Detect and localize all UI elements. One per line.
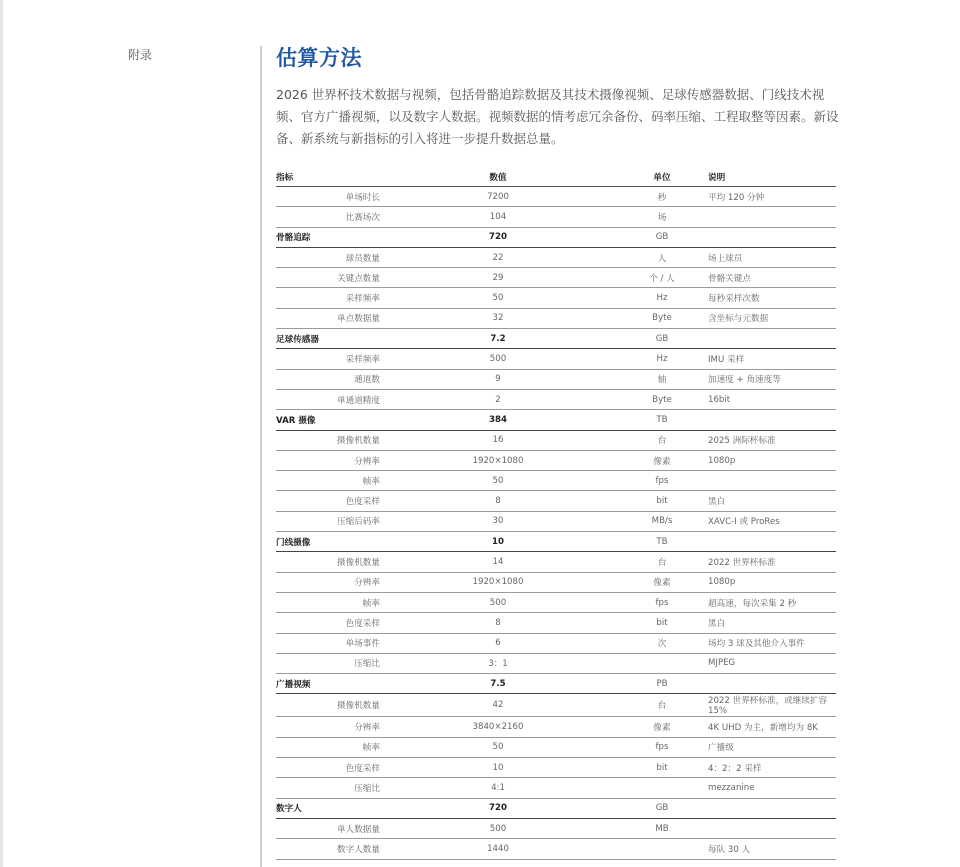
value-cell: 7200 xyxy=(380,187,616,207)
metric-cell: 骨骼追踪 xyxy=(276,227,380,247)
unit-cell: GB xyxy=(616,329,708,349)
description-cell: mezzanine xyxy=(708,778,836,798)
value-cell: 384 xyxy=(380,410,616,430)
value-cell: 30 xyxy=(380,511,616,531)
unit-cell: Hz xyxy=(616,349,708,369)
description-cell: 2025 洲际杯标准 xyxy=(708,430,836,450)
description-cell xyxy=(708,410,836,430)
metric-cell: 压缩后码率 xyxy=(276,511,380,531)
value-cell: 50 xyxy=(380,737,616,757)
value-cell: 1920×1080 xyxy=(380,450,616,470)
unit-cell: 台 xyxy=(616,430,708,450)
metric-cell: 分辨率 xyxy=(276,572,380,592)
metric-cell: 单场事件 xyxy=(276,633,380,653)
metric-cell: 色度采样 xyxy=(276,613,380,633)
unit-cell xyxy=(616,778,708,798)
unit-cell: GB xyxy=(616,227,708,247)
column-header-value: 数值 xyxy=(380,167,616,187)
unit-cell xyxy=(616,839,708,859)
metric-cell: 单点数据量 xyxy=(276,308,380,328)
value-cell: 3840×2160 xyxy=(380,717,616,737)
table-group-row: 足球传感器7.2GB xyxy=(276,329,836,349)
unit-cell: TB xyxy=(616,410,708,430)
table-group-row: 数字人720GB xyxy=(276,798,836,818)
section-label: 附录 xyxy=(128,46,152,63)
value-cell: 29 xyxy=(380,268,616,288)
table-row: 帧率50fps xyxy=(276,471,836,491)
table-row: 色度采样10bit4：2：2 采样 xyxy=(276,758,836,778)
description-cell: 16bit xyxy=(708,389,836,409)
unit-cell: Hz xyxy=(616,288,708,308)
table-row: 分辨率1920×1080像素1080p xyxy=(276,572,836,592)
unit-cell: 个 / 人 xyxy=(616,268,708,288)
unit-cell: TB xyxy=(616,532,708,552)
metric-cell: VAR 摄像 xyxy=(276,410,380,430)
metric-cell: 摄像机数量 xyxy=(276,430,380,450)
metric-cell: 广播视频 xyxy=(276,674,380,694)
unit-cell: Byte xyxy=(616,308,708,328)
value-cell: 8 xyxy=(380,491,616,511)
unit-cell: 次 xyxy=(616,633,708,653)
description-cell: 黑白 xyxy=(708,491,836,511)
description-cell: 平均 120 分钟 xyxy=(708,187,836,207)
value-cell: 7.2 xyxy=(380,329,616,349)
metric-cell: 摄像机数量 xyxy=(276,694,380,717)
description-cell xyxy=(708,798,836,818)
value-cell: 500 xyxy=(380,818,616,838)
metric-cell: 采样频率 xyxy=(276,288,380,308)
metric-cell: 球员数量 xyxy=(276,247,380,267)
description-cell: 1080p xyxy=(708,572,836,592)
description-cell: 黑白 xyxy=(708,613,836,633)
table-row: 采样频率50Hz每秒采样次数 xyxy=(276,288,836,308)
table-row: 色度采样8bit黑白 xyxy=(276,613,836,633)
column-header-unit: 单位 xyxy=(616,167,708,187)
description-cell xyxy=(708,207,836,227)
value-cell: 32 xyxy=(380,308,616,328)
description-cell: MJPEG xyxy=(708,653,836,673)
metric-cell: 摄像机数量 xyxy=(276,552,380,572)
description-cell: 超高速，每次采集 2 秒 xyxy=(708,592,836,612)
table-row: 帧率50fps广播级 xyxy=(276,737,836,757)
value-cell: 720 xyxy=(380,227,616,247)
value-cell: 16 xyxy=(380,430,616,450)
table-row: 单人数据量500MB xyxy=(276,818,836,838)
metric-cell: 数字人 xyxy=(276,798,380,818)
unit-cell: MB xyxy=(616,818,708,838)
value-cell: 500 xyxy=(380,349,616,369)
table-row: 单点数据量32Byte含坐标与元数据 xyxy=(276,308,836,328)
metric-cell: 帧率 xyxy=(276,592,380,612)
metric-cell: 压缩比 xyxy=(276,653,380,673)
table-row: 帧率500fps超高速，每次采集 2 秒 xyxy=(276,592,836,612)
value-cell: 6 xyxy=(380,633,616,653)
unit-cell: 台 xyxy=(616,552,708,572)
unit-cell: 台 xyxy=(616,694,708,717)
value-cell: 10 xyxy=(380,532,616,552)
value-cell: 8 xyxy=(380,613,616,633)
description-cell: 场均 3 球及其他介入事件 xyxy=(708,633,836,653)
description-cell xyxy=(708,329,836,349)
metric-cell: 单场时长 xyxy=(276,187,380,207)
value-cell: 10 xyxy=(380,758,616,778)
description-cell: 加速度 + 角速度等 xyxy=(708,369,836,389)
metric-cell: 通道数 xyxy=(276,369,380,389)
metric-cell: 单人数据量 xyxy=(276,818,380,838)
column-header-description: 说明 xyxy=(708,167,836,187)
value-cell: 1920×1080 xyxy=(380,572,616,592)
value-cell: 2 xyxy=(380,389,616,409)
vertical-divider xyxy=(260,46,262,867)
value-cell: 104 xyxy=(380,207,616,227)
unit-cell: 轴 xyxy=(616,369,708,389)
table-row: 单场事件6次场均 3 球及其他介入事件 xyxy=(276,633,836,653)
unit-cell: Byte xyxy=(616,389,708,409)
metric-cell: 数字人数量 xyxy=(276,839,380,859)
description-cell: 广播级 xyxy=(708,737,836,757)
table-row: 数字人数量1440每队 30 人 xyxy=(276,839,836,859)
value-cell: 14 xyxy=(380,552,616,572)
metric-cell: 色度采样 xyxy=(276,491,380,511)
description-cell xyxy=(708,818,836,838)
description-cell: 场上球员 xyxy=(708,247,836,267)
unit-cell: 像素 xyxy=(616,450,708,470)
value-cell: 9 xyxy=(380,369,616,389)
table-row: 色度采样8bit黑白 xyxy=(276,491,836,511)
unit-cell: 像素 xyxy=(616,572,708,592)
value-cell: 720 xyxy=(380,798,616,818)
table-row: 摄像机数量16台2025 洲际杯标准 xyxy=(276,430,836,450)
description-cell: 含坐标与元数据 xyxy=(708,308,836,328)
description-cell: XAVC-I 或 ProRes xyxy=(708,511,836,531)
page-title: 估算方法 xyxy=(276,42,836,72)
table-row: 单通道精度2Byte16bit xyxy=(276,389,836,409)
table-row: 采样频率500HzIMU 采样 xyxy=(276,349,836,369)
description-cell: 1080p xyxy=(708,450,836,470)
unit-cell: 像素 xyxy=(616,717,708,737)
table-row: 单场时长7200秒平均 120 分钟 xyxy=(276,187,836,207)
table-row: 球员数量22人场上球员 xyxy=(276,247,836,267)
table-body: 单场时长7200秒平均 120 分钟比赛场次104场骨骼追踪720GB球员数量2… xyxy=(276,187,836,860)
metric-cell: 关键点数量 xyxy=(276,268,380,288)
unit-cell: fps xyxy=(616,737,708,757)
estimation-table: 指标 数值 单位 说明 单场时长7200秒平均 120 分钟比赛场次104场骨骼… xyxy=(276,167,836,860)
value-cell: 50 xyxy=(380,471,616,491)
unit-cell: 场 xyxy=(616,207,708,227)
metric-cell: 帧率 xyxy=(276,737,380,757)
table-row: 压缩比3：1MJPEG xyxy=(276,653,836,673)
value-cell: 1440 xyxy=(380,839,616,859)
description-cell: 骨骼关键点 xyxy=(708,268,836,288)
value-cell: 50 xyxy=(380,288,616,308)
description-cell xyxy=(708,471,836,491)
metric-cell: 足球传感器 xyxy=(276,329,380,349)
description-cell: 4K UHD 为主，新增均为 8K xyxy=(708,717,836,737)
table-group-row: 广播视频7.5PB xyxy=(276,674,836,694)
table-row: 压缩后码率30MB/sXAVC-I 或 ProRes xyxy=(276,511,836,531)
description-cell: 每秒采样次数 xyxy=(708,288,836,308)
unit-cell: 人 xyxy=(616,247,708,267)
table-row: 压缩比4:1mezzanine xyxy=(276,778,836,798)
description-cell xyxy=(708,532,836,552)
metric-cell: 比赛场次 xyxy=(276,207,380,227)
description-cell: 2022 世界杯标准 xyxy=(708,552,836,572)
unit-cell: bit xyxy=(616,491,708,511)
table-row: 分辨率1920×1080像素1080p xyxy=(276,450,836,470)
description-cell: 每队 30 人 xyxy=(708,839,836,859)
description-cell: 4：2：2 采样 xyxy=(708,758,836,778)
metric-cell: 门线摄像 xyxy=(276,532,380,552)
table-row: 比赛场次104场 xyxy=(276,207,836,227)
metric-cell: 压缩比 xyxy=(276,778,380,798)
metric-cell: 帧率 xyxy=(276,471,380,491)
description-cell xyxy=(708,227,836,247)
metric-cell: 单通道精度 xyxy=(276,389,380,409)
unit-cell: MB/s xyxy=(616,511,708,531)
unit-cell: bit xyxy=(616,613,708,633)
metric-cell: 分辨率 xyxy=(276,450,380,470)
metric-cell: 分辨率 xyxy=(276,717,380,737)
page-left-edge xyxy=(0,0,3,867)
unit-cell: bit xyxy=(616,758,708,778)
unit-cell: PB xyxy=(616,674,708,694)
description-cell: IMU 采样 xyxy=(708,349,836,369)
metric-cell: 采样频率 xyxy=(276,349,380,369)
unit-cell xyxy=(616,653,708,673)
table-header-row: 指标 数值 单位 说明 xyxy=(276,167,836,187)
metric-cell: 色度采样 xyxy=(276,758,380,778)
table-group-row: VAR 摄像384TB xyxy=(276,410,836,430)
table-group-row: 骨骼追踪720GB xyxy=(276,227,836,247)
description-cell: 2022 世界杯标准，或继续扩容 15% xyxy=(708,694,836,717)
value-cell: 7.5 xyxy=(380,674,616,694)
unit-cell: fps xyxy=(616,592,708,612)
main-content: 估算方法 2026 世界杯技术数据与视频，包括骨骼追踪数据及其技术摄像视频、足球… xyxy=(276,42,836,860)
value-cell: 42 xyxy=(380,694,616,717)
unit-cell: 秒 xyxy=(616,187,708,207)
intro-paragraph: 2026 世界杯技术数据与视频，包括骨骼追踪数据及其技术摄像视频、足球传感器数据… xyxy=(276,84,846,150)
value-cell: 500 xyxy=(380,592,616,612)
column-header-metric: 指标 xyxy=(276,167,380,187)
table-group-row: 门线摄像10TB xyxy=(276,532,836,552)
value-cell: 3：1 xyxy=(380,653,616,673)
table-row: 通道数9轴加速度 + 角速度等 xyxy=(276,369,836,389)
table-row: 关键点数量29个 / 人骨骼关键点 xyxy=(276,268,836,288)
table-row: 分辨率3840×2160像素4K UHD 为主，新增均为 8K xyxy=(276,717,836,737)
table-row: 摄像机数量14台2022 世界杯标准 xyxy=(276,552,836,572)
value-cell: 4:1 xyxy=(380,778,616,798)
table-row: 摄像机数量42台2022 世界杯标准，或继续扩容 15% xyxy=(276,694,836,717)
value-cell: 22 xyxy=(380,247,616,267)
unit-cell: GB xyxy=(616,798,708,818)
description-cell xyxy=(708,674,836,694)
unit-cell: fps xyxy=(616,471,708,491)
